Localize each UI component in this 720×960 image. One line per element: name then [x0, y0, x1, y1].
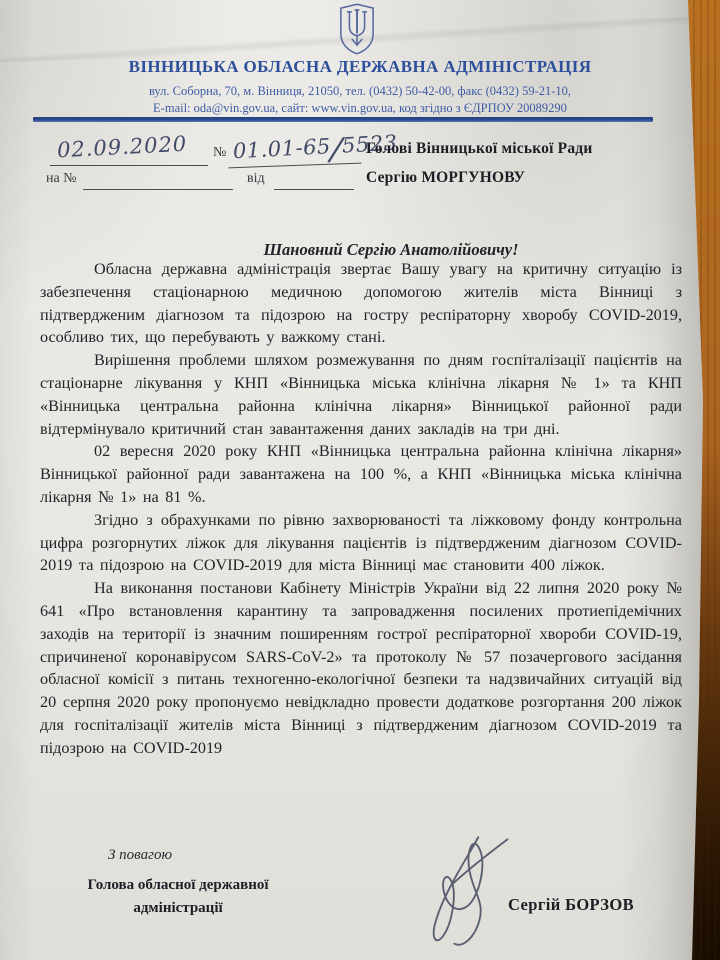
paragraph: Вирішення проблеми шляхом розмежування п… [40, 349, 682, 440]
signer-title-line1: Голова обласної державної [58, 874, 298, 897]
letter-document: ВІННИЦЬКА ОБЛАСНА ДЕРЖАВНА АДМІНІСТРАЦІЯ… [0, 0, 720, 960]
org-address-line: вул. Соборна, 70, м. Вінниця, 21050, тел… [30, 84, 690, 99]
signer-name: Сергій БОРЗОВ [508, 895, 634, 915]
org-name: ВІННИЦЬКА ОБЛАСНА ДЕРЖАВНА АДМІНІСТРАЦІЯ [30, 57, 690, 77]
reply-to-underline [83, 171, 233, 190]
signer-title-line2: адміністрації [58, 897, 298, 920]
trident-emblem-icon [338, 3, 376, 55]
signer-title: Голова обласної державної адміністрації [58, 874, 298, 920]
number-sign-label: № [213, 145, 226, 161]
letter-body: Обласна державна адміністрація звертає В… [40, 258, 682, 760]
recipient-line1: Голові Вінницької міської Ради [366, 140, 666, 158]
recipient-line2: Сергію МОРГУНОВУ [366, 169, 666, 187]
paragraph: Згідно з обрахунками по рівню захворюван… [40, 509, 682, 577]
document-photo: ВІННИЦЬКА ОБЛАСНА ДЕРЖАВНА АДМІНІСТРАЦІЯ… [0, 0, 720, 960]
reply-from-underline [274, 171, 354, 190]
reply-from-label: від [247, 171, 265, 187]
ref-number-slash: / [329, 129, 344, 168]
salutation: Шановний Сергію Анатолійовичу! [35, 240, 685, 260]
recipient-block: Голові Вінницької міської Ради Сергію МО… [366, 140, 666, 198]
closing-phrase: З повагою [108, 847, 172, 864]
org-contact-line: E-mail: oda@vin.gov.ua, сайт: www.vin.go… [30, 101, 690, 116]
paragraph: Обласна державна адміністрація звертає В… [40, 258, 682, 349]
paragraph: На виконання постанови Кабінету Міністрі… [40, 577, 682, 759]
letterhead-divider [33, 117, 653, 122]
signature-scribble-icon [418, 831, 526, 951]
ref-number-part1: 01.01-65 [232, 134, 331, 163]
reply-to-label: на № [46, 171, 77, 187]
paragraph: 02 вересня 2020 року КНП «Вінницька цент… [40, 440, 682, 508]
